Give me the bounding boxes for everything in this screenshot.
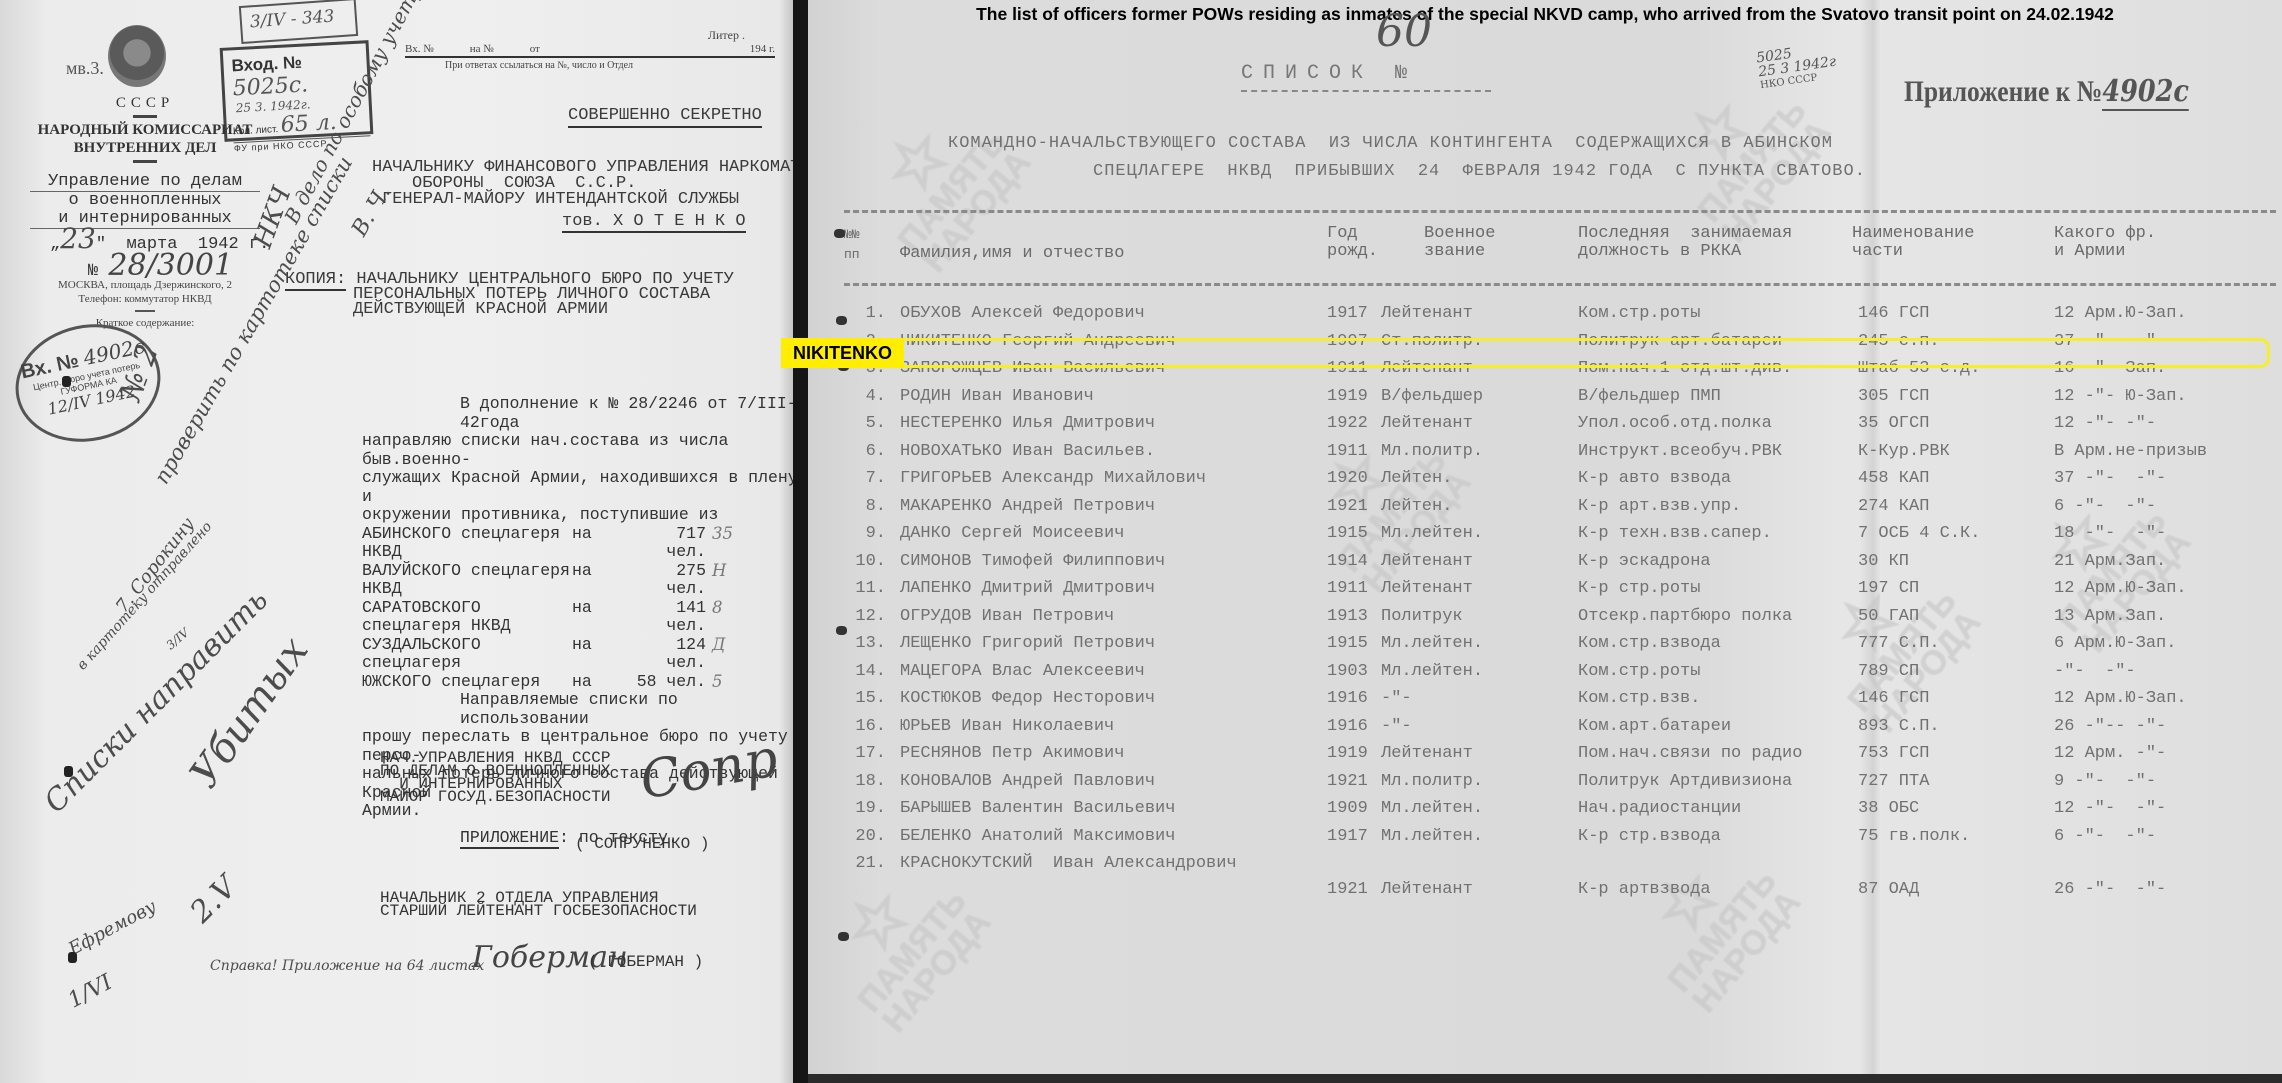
cell-no: 12. (844, 607, 886, 626)
cell-unit: 458 КАП (1858, 469, 1929, 488)
camp-name: ЮЖСКОГО спецлагеря (362, 673, 572, 692)
cell-army: 37 -"- -"- (2054, 469, 2166, 488)
liter-field: Литер . (405, 28, 745, 43)
title-line: СТАРШИЙ ЛЕЙТЕНАНТ ГОСБЕЗОПАСНОСТИ (380, 905, 697, 918)
cell-name: СИМОНОВ Тимофей Филиппович (900, 552, 1165, 571)
cell-unit: 274 КАП (1858, 497, 1929, 516)
cell-no: 11. (844, 579, 886, 598)
col-header-rank: Военное звание (1424, 225, 1495, 261)
body-line: В дополнение к № 28/2246 от 7/III-42года (362, 395, 793, 432)
cell-rank: Лейтенант (1381, 744, 1473, 763)
cell-year: 1921 (1327, 880, 1368, 899)
cell-unit: 7 ОСБ 4 С.К. (1858, 524, 1980, 543)
cell-no: 19. (844, 799, 886, 818)
cell-army: 12 Арм.Ю-Зап. (2054, 579, 2187, 598)
cell-no: 15. (844, 689, 886, 708)
cell-name: РОДИН Иван Иванович (900, 387, 1094, 406)
heading-line-1: КОМАНДНО-НАЧАЛЬСТВУЮЩЕГО СОСТАВА ИЗ ЧИСЛ… (948, 130, 1866, 158)
cell-name: РЕСНЯНОВ Петр Акимович (900, 744, 1124, 763)
cell-rank: Лейтен. (1381, 469, 1452, 488)
punch-hole (836, 626, 847, 635)
cell-army: 21 Арм.Зап. (2054, 552, 2166, 571)
table-row: 4.РОДИН Иван Иванович1919В/фельдшерВ/фел… (844, 387, 2276, 415)
cell-year: 1909 (1327, 799, 1368, 818)
cell-name: ЛАПЕНКО Дмитрий Дмитрович (900, 579, 1155, 598)
cell-position: Нач.радиостанции (1578, 799, 1741, 818)
cell-position: К-р эскадрона (1578, 552, 1711, 571)
cell-unit: 50 ГАП (1858, 607, 1919, 626)
table-row: 13.ЛЕЩЕНКО Григорий Петрович1915Мл.лейте… (844, 634, 2276, 662)
body-line: служащих Красной Армии, находившихся в п… (362, 469, 793, 506)
table-body: 1.ОБУХОВ Алексей Федорович1917ЛейтенантК… (844, 304, 2276, 906)
camp-name: ВАЛУЙСКОГО спецлагеря НКВД (362, 562, 572, 599)
letterhead-country: СССР (30, 95, 260, 112)
cell-unit: 30 КП (1858, 552, 1909, 571)
cell-unit: 75 гв.полк. (1858, 827, 1970, 846)
cell-name: КОСТЮКОВ Федор Несторович (900, 689, 1155, 708)
cell-no: 8. (844, 497, 886, 516)
cell-no: 16. (844, 717, 886, 736)
cell-position: Политрук Артдивизиона (1578, 772, 1792, 791)
cell-year: 1911 (1327, 442, 1368, 461)
cell-unit: 789 СП (1858, 662, 1919, 681)
cell-year: 1917 (1327, 304, 1368, 323)
cell-year: 1903 (1327, 662, 1368, 681)
cell-position: Ком.стр.взв. (1578, 689, 1700, 708)
appendix-stamp-label: Приложение к № (1904, 75, 2102, 108)
appendix-stamp-number: 4902с (2102, 74, 2189, 111)
cell-rank: Мл.лейтен. (1381, 524, 1483, 543)
cell-army: 18 -"- -"- (2054, 524, 2166, 543)
cell-name: ЛЕЩЕНКО Григорий Петрович (900, 634, 1155, 653)
handwritten-registry-note: 3/IV - 343 (239, 0, 358, 44)
cell-position: Ком.стр.роты (1578, 662, 1700, 681)
handwritten-note: 1/VI (64, 970, 116, 1014)
cell-year: 1915 (1327, 524, 1368, 543)
signatory-1-title: НАЧ.УПРАВЛЕНИЯ НКВД СССРПО ДЕЛАМ О ВОЕНН… (380, 752, 610, 804)
cell-name: КРАСНОКУТСКИЙ Иван Александрович (900, 854, 1237, 873)
table-row: 17.РЕСНЯНОВ Петр Акимович1919ЛейтенантПо… (844, 744, 2276, 772)
cell-no: 7. (844, 469, 886, 488)
ussr-emblem-icon (108, 25, 166, 87)
handwritten-note: Справка! Приложение на 64 листах (210, 958, 484, 974)
cell-army: 12 -"- -"- (2054, 799, 2166, 818)
cell-year: 1915 (1327, 634, 1368, 653)
cell-year: 1914 (1327, 552, 1368, 571)
cell-year: 1916 (1327, 689, 1368, 708)
dept-line-1: Управление по делам (30, 173, 260, 192)
cell-army: 13 Арм.Зап. (2054, 607, 2166, 626)
body-line: окружении противника, поступившие из (362, 506, 793, 525)
camp-item: ЮЖСКОГО спецлагеряна58 чел.5 (362, 673, 793, 692)
cell-year: 1921 (1327, 772, 1368, 791)
col-header-unit: Наименование части (1852, 225, 1974, 261)
document-separator (793, 0, 808, 1083)
signatory-2-name: ( ГОБЕРМАН ) (588, 953, 703, 971)
letterhead: СССР НАРОДНЫЙ КОМИССАРИАТ ВНУТРЕННИХ ДЕЛ… (30, 95, 260, 229)
cell-year: 1920 (1327, 469, 1368, 488)
camp-name: САРАТОВСКОГО спецлагеря НКВД (362, 599, 572, 636)
address-block: МОСКВА, площадь Дзержинского, 2 Телефон:… (30, 278, 260, 330)
camp-mark: Н (712, 562, 732, 599)
table-row: 19.БАРЫШЕВ Валентин Васильевич1909Мл.лей… (844, 799, 2276, 827)
cell-army: В Арм.не-призыв (2054, 442, 2207, 461)
camp-prep: на (572, 636, 632, 673)
cell-position: К-р арт.взв.упр. (1578, 497, 1741, 516)
cell-no: 6. (844, 442, 886, 461)
cell-name: БАРЫШЕВ Валентин Васильевич (900, 799, 1175, 818)
camp-mark: 8 (712, 599, 732, 636)
cell-position: Отсекр.партбюро полка (1578, 607, 1792, 626)
camp-item: ВАЛУЙСКОГО спецлагеря НКВДна275 чел.Н (362, 562, 793, 599)
cell-position: К-р артвзвода (1578, 880, 1711, 899)
officer-table: №№ пп Фамилия,имя и отчество Год рожд. В… (844, 210, 2276, 906)
cell-army: 12 Арм.Ю-Зап. (2054, 304, 2187, 323)
appendix-stamp: Приложение к №4902с (1904, 74, 2189, 109)
camp-name: СУЗДАЛЬСКОГО спецлагеря (362, 636, 572, 673)
cell-unit: 727 ПТА (1858, 772, 1929, 791)
addressee-line-4: тов. Х О Т Е Н К О (562, 212, 746, 233)
table-row: 15.КОСТЮКОВ Федор Несторович1916-"-Ком.с… (844, 689, 2276, 717)
cell-unit: 305 ГСП (1858, 387, 1929, 406)
vx-no-label: Вх. № (405, 43, 434, 55)
col-header-no: №№ пп (844, 225, 860, 265)
handwritten-note: 2.V (184, 870, 244, 930)
camp-count: 141 чел. (632, 599, 712, 636)
cell-position: Пом.нач.связи по радио (1578, 744, 1802, 763)
camp-prep: на (572, 673, 632, 692)
camp-count: 124 чел. (632, 636, 712, 673)
cell-rank: -"- (1381, 717, 1412, 736)
cell-position: Инструкт.всеобуч.РВК (1578, 442, 1782, 461)
cell-rank: Лейтенант (1381, 579, 1473, 598)
divider (133, 160, 157, 163)
camp-item: АБИНСКОГО спецлагеря НКВДна717 чел.35 (362, 525, 793, 562)
cell-unit: 753 ГСП (1858, 744, 1929, 763)
title-underline (1241, 90, 1491, 92)
cell-army: 12 -"- Ю-Зап. (2054, 387, 2187, 406)
cell-position: К-р авто взвода (1578, 469, 1731, 488)
table-row: 10.СИМОНОВ Тимофей Филиппович1914Лейтена… (844, 552, 2276, 580)
col-header-position: Последняя занимаемая должность в РККА (1578, 225, 1792, 261)
cell-no: 18. (844, 772, 886, 791)
table-rule (844, 283, 2276, 286)
classification-label: СОВЕРШЕННО СЕКРЕТНО (568, 106, 762, 128)
handwritten-note: Ефремову (65, 896, 160, 960)
cell-rank: Лейтенант (1381, 304, 1473, 323)
cell-no: 4. (844, 387, 886, 406)
cell-no: 5. (844, 414, 886, 433)
cell-army: 26 -"-- -"- (2054, 717, 2166, 736)
divider (135, 310, 155, 312)
divider (133, 115, 157, 118)
small-registry-stamp: 502525 3 1942гНКО СССР (1755, 41, 1838, 93)
copy-to-block: КОПИЯ: НАЧАЛЬНИКУ ЦЕНТРАЛЬНОГО БЮРО ПО У… (285, 272, 734, 317)
cell-army: 6 -"- -"- (2054, 497, 2156, 516)
cell-unit: 777 С.П. (1858, 634, 1940, 653)
na-no-label: на № (470, 43, 494, 55)
cell-rank: Мл.политр. (1381, 772, 1483, 791)
camp-mark: Д (712, 636, 732, 673)
cell-army: 12 Арм. -"- (2054, 744, 2166, 763)
incoming-label: Вход. № (231, 53, 302, 76)
summary-label: Краткое содержание: (30, 316, 260, 330)
punch-hole (64, 766, 73, 777)
cell-name: МАЦЕГОРА Влас Алексеевич (900, 662, 1145, 681)
cell-rank: В/фельдшер (1381, 387, 1483, 406)
cell-unit: К-Кур.РВК (1858, 442, 1950, 461)
cell-name: ДАНКО Сергей Моисеевич (900, 524, 1124, 543)
cell-rank: Мл.лейтен. (1381, 799, 1483, 818)
cell-year: 1911 (1327, 579, 1368, 598)
table-row: 7.ГРИГОРЬЕВ Александр Михайлович1920Лейт… (844, 469, 2276, 497)
highlight-name-tag: NIKITENKO (781, 338, 904, 368)
cell-army: 9 -"- -"- (2054, 772, 2156, 791)
cell-name: ЮРЬЕВ Иван Николаевич (900, 717, 1114, 736)
cell-no: 9. (844, 524, 886, 543)
cell-no: 13. (844, 634, 886, 653)
cell-unit: 35 ОГСП (1858, 414, 1929, 433)
table-row: 6.НОВОХАТЬКО Иван Васильев.1911Мл.политр… (844, 442, 2276, 470)
cell-rank: Лейтенант (1381, 880, 1473, 899)
phone: Телефон: коммутатор НКВД (30, 292, 260, 306)
cell-position: Ком.стр.роты (1578, 304, 1700, 323)
cell-year: 1919 (1327, 744, 1368, 763)
table-row: 14.МАЦЕГОРА Влас Алексеевич1903Мл.лейтен… (844, 662, 2276, 690)
table-row: 20.БЕЛЕНКО Анатолий Максимович1917Мл.лей… (844, 827, 2276, 855)
officer-list-document: ☆ПАМЯТЬНАРОДА ☆ПАМЯТЬНАРОДА ☆ПАМЯТЬНАРОД… (808, 0, 2282, 1083)
table-row: 1.ОБУХОВ Алексей Федорович1917ЛейтенантК… (844, 304, 2276, 332)
cell-position: Упол.особ.отд.полка (1578, 414, 1772, 433)
cell-position: К-р техн.взв.сапер. (1578, 524, 1772, 543)
cell-unit: 197 СП (1858, 579, 1919, 598)
ministry-line-1: НАРОДНЫЙ КОМИССАРИАТ (30, 121, 260, 139)
cell-year: 1922 (1327, 414, 1368, 433)
cell-army: 6 -"- -"- (2054, 827, 2156, 846)
camp-prep: на (572, 525, 632, 562)
punch-hole (838, 932, 849, 941)
ministry-line-2: ВНУТРЕННИХ ДЕЛ (30, 139, 260, 157)
incoming-suffix: с. (288, 72, 309, 98)
cell-name: КОНОВАЛОВ Андрей Павлович (900, 772, 1155, 791)
handwritten-list-number: 60 (1376, 6, 1432, 57)
cell-unit: 893 С.П. (1858, 717, 1940, 736)
cell-name: НЕСТЕРЕНКО Илья Дмитрович (900, 414, 1155, 433)
cell-rank: Мл.политр. (1381, 442, 1483, 461)
emblem-prefix: мв.3. (66, 58, 104, 79)
cell-army: 26 -"- -"- (2054, 880, 2166, 899)
cell-unit: 38 ОБС (1858, 799, 1919, 818)
table-row: 9.ДАНКО Сергей Моисеевич1915Мл.лейтен.К-… (844, 524, 2276, 552)
cell-year: 1917 (1327, 827, 1368, 846)
camp-list: АБИНСКОГО спецлагеря НКВДна717 чел.35 ВА… (362, 525, 793, 692)
handwritten-note: 7. Сорокину (112, 514, 199, 617)
table-row: 12.ОГРУДОВ Иван Петрович1913ПолитрукОтсе… (844, 607, 2276, 635)
camp-count: 58 чел. (632, 673, 712, 692)
highlighted-row-outline (848, 338, 2270, 368)
camp-mark: 35 (712, 525, 732, 562)
cell-no: 17. (844, 744, 886, 763)
cell-position: К-р стр.роты (1578, 579, 1700, 598)
cell-position: К-р стр.взвода (1578, 827, 1721, 846)
cell-unit: 87 ОАД (1858, 880, 1919, 899)
cell-no: 21. (844, 854, 886, 873)
cell-position: В/фельдшер ПМП (1578, 387, 1721, 406)
camp-mark: 5 (712, 673, 732, 692)
camp-prep: на (572, 599, 632, 636)
cell-no: 20. (844, 827, 886, 846)
page-bottom-edge (808, 1074, 2282, 1083)
cell-rank: Лейтенант (1381, 552, 1473, 571)
cell-army: 12 Арм.Ю-Зап. (2054, 689, 2187, 708)
body-line: Направляемые списки по использовании (362, 691, 793, 728)
cell-year: 1921 (1327, 497, 1368, 516)
punch-hole (836, 316, 847, 325)
punch-hole (62, 376, 71, 387)
cell-name: ГРИГОРЬЕВ Александр Михайлович (900, 469, 1206, 488)
copy-line-3: ДЕЙСТВУЮЩЕЙ КРАСНОЙ АРМИИ (285, 302, 734, 317)
camp-name: АБИНСКОГО спецлагеря НКВД (362, 525, 572, 562)
cell-position: Ком.стр.взвода (1578, 634, 1721, 653)
col-header-army: Какого фр. и Армии (2054, 225, 2156, 261)
address: МОСКВА, площадь Дзержинского, 2 (30, 278, 260, 292)
year-label: 194 г. (750, 43, 775, 55)
addressee-line-3: ГЕНЕРАЛ-МАЙОРУ ИНТЕНДАНТСКОЙ СЛУЖБЫ (372, 192, 793, 208)
cell-name: ОГРУДОВ Иван Петрович (900, 607, 1114, 626)
punch-hole (68, 952, 77, 963)
cell-rank: -"- (1381, 689, 1412, 708)
appendix-label: ПРИЛОЖЕНИЕ (460, 828, 559, 849)
cover-letter-document: мв.3. 3/IV - 343 Вход. № 5025с. 25 3. 19… (0, 0, 793, 1083)
cell-year: 1919 (1327, 387, 1368, 406)
cell-no: 14. (844, 662, 886, 681)
signatory-2-title: НАЧАЛЬНИК 2 ОТДЕЛА УПРАВЛЕНИЯСТАРШИЙ ЛЕЙ… (380, 892, 697, 918)
watermark-line: НАРОДА (875, 903, 998, 1039)
signatory-1-name: ( СОПРУНЕНКО ) (575, 835, 709, 853)
table-row: 21.КРАСНОКУТСКИЙ Иван Александрович1921Л… (844, 854, 2276, 906)
col-header-name: Фамилия,имя и отчество (900, 245, 1124, 263)
cell-rank: Мл.лейтен. (1381, 827, 1483, 846)
camp-count: 275 чел. (632, 562, 712, 599)
image-caption: The list of officers former POWs residin… (808, 4, 2282, 25)
list-title: СПИСОК № (1241, 62, 1417, 85)
camp-item: САРАТОВСКОГО спецлагеря НКВДна141 чел.8 (362, 599, 793, 636)
title-line: МАЙОР ГОСУД.БЕЗОПАСНОСТИ (380, 791, 610, 804)
cell-unit: 146 ГСП (1858, 689, 1929, 708)
punch-hole (834, 229, 845, 238)
cell-rank: Политрук (1381, 607, 1463, 626)
cell-name: ОБУХОВ Алексей Федорович (900, 304, 1145, 323)
cell-rank: Мл.лейтен. (1381, 662, 1483, 681)
table-row: 8.МАКАРЕНКО Андрей Петрович1921Лейтен.К-… (844, 497, 2276, 525)
cell-name: НОВОХАТЬКО Иван Васильев. (900, 442, 1155, 461)
camp-prep: на (572, 562, 632, 599)
cell-rank: Лейтен. (1381, 497, 1452, 516)
cell-army: -"- -"- (2054, 662, 2136, 681)
body-line: направляю списки нач.состава из числа бы… (362, 432, 793, 469)
dept-line-2: о военнопленных (30, 192, 260, 210)
heading-line-2: СПЕЦЛАГЕРЕ НКВД ПРИБЫВШИХ 24 ФЕВРАЛЯ 194… (948, 158, 1866, 186)
cell-army: 6 Арм.Ю-Зап. (2054, 634, 2176, 653)
reference-block: Литер . Вх. № на № от 194 г. При ответах… (405, 28, 775, 71)
camp-item: СУЗДАЛЬСКОГО спецлагеряна124 чел.Д (362, 636, 793, 673)
cell-position: Ком.арт.батареи (1578, 717, 1731, 736)
cell-year: 1913 (1327, 607, 1368, 626)
reply-note: При ответах ссылаться на №, число и Отде… (445, 60, 775, 71)
cell-no: 10. (844, 552, 886, 571)
cell-army: 12 -"- -"- (2054, 414, 2156, 433)
cell-rank: Лейтенант (1381, 414, 1473, 433)
table-row: 5.НЕСТЕРЕНКО Илья Дмитрович1922Лейтенант… (844, 414, 2276, 442)
col-header-year: Год рожд. (1327, 225, 1378, 261)
table-header: №№ пп Фамилия,имя и отчество Год рожд. В… (844, 213, 2276, 283)
table-row: 11.ЛАПЕНКО Дмитрий Дмитрович1911Лейтенан… (844, 579, 2276, 607)
table-row: 16.ЮРЬЕВ Иван Николаевич1916-"-Ком.арт.б… (844, 717, 2276, 745)
cell-no: 1. (844, 304, 886, 323)
list-heading: КОМАНДНО-НАЧАЛЬСТВУЮЩЕГО СОСТАВА ИЗ ЧИСЛ… (948, 130, 1866, 186)
cell-rank: Мл.лейтен. (1381, 634, 1483, 653)
cell-name: БЕЛЕНКО Анатолий Максимович (900, 827, 1175, 846)
table-row: 18.КОНОВАЛОВ Андрей Павлович1921Мл.полит… (844, 772, 2276, 800)
cell-name: МАКАРЕНКО Андрей Петрович (900, 497, 1155, 516)
ot-label: от (530, 43, 540, 55)
cell-unit: 146 ГСП (1858, 304, 1929, 323)
addressee-block: НАЧАЛЬНИКУ ФИНАНСОВОГО УПРАВЛЕНИЯ НАРКОМ… (372, 160, 793, 230)
cell-year: 1916 (1327, 717, 1368, 736)
camp-count: 717 чел. (632, 525, 712, 562)
